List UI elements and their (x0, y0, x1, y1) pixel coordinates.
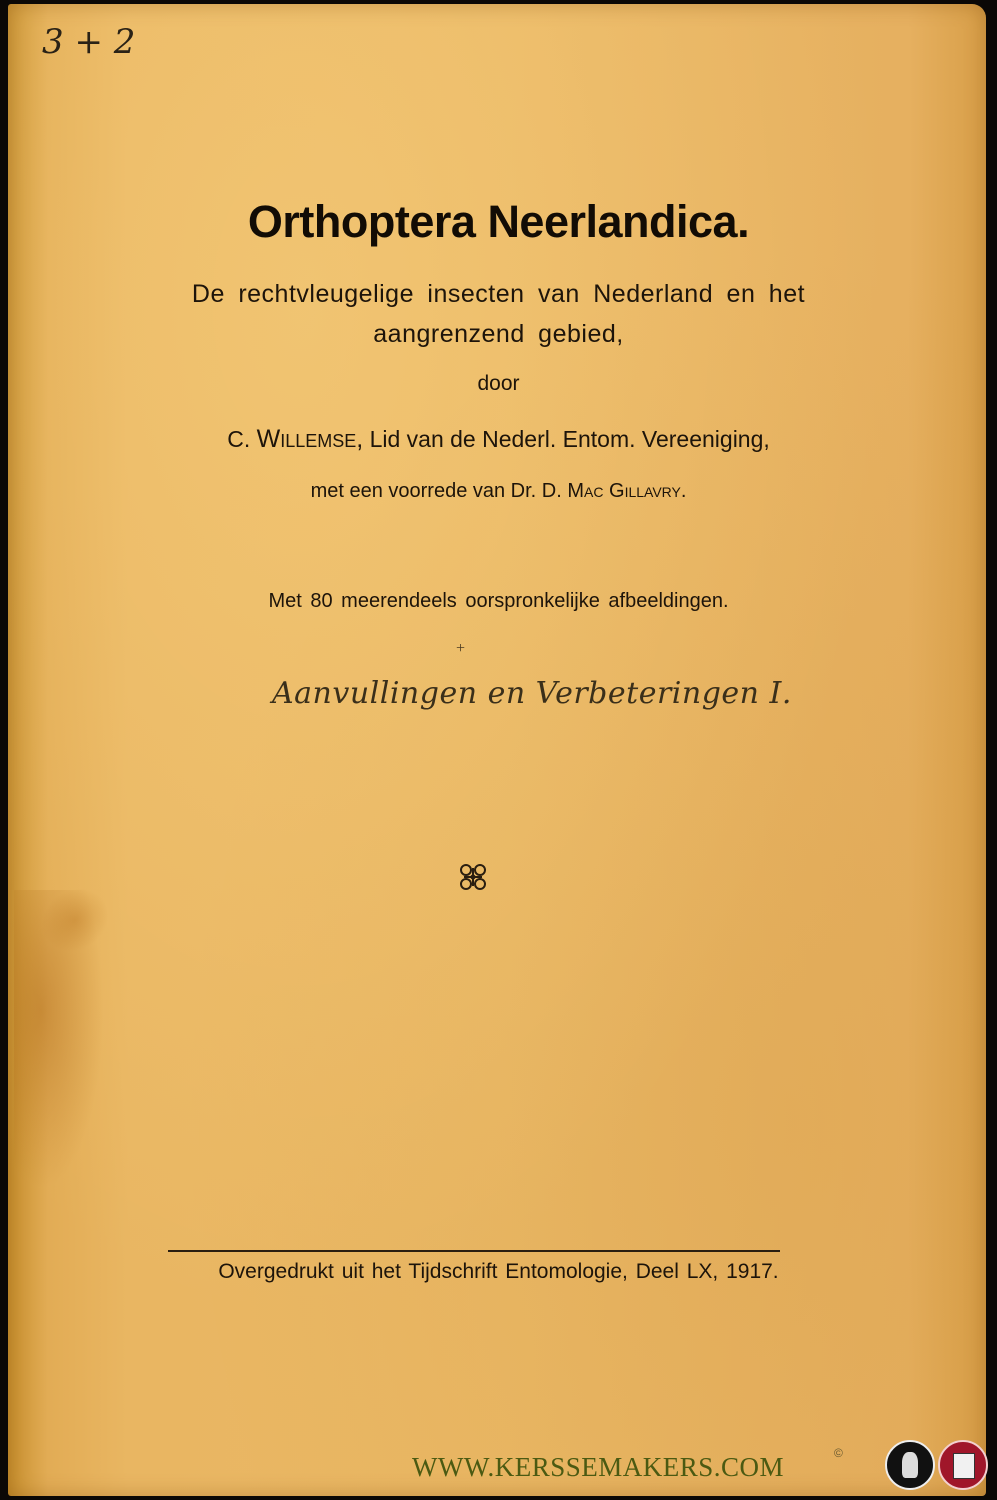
ilab-badge-icon (938, 1440, 988, 1490)
watermark-link[interactable]: WWW.KERSSEMAKERS.COM (412, 1452, 784, 1483)
handwritten-plus: + (456, 640, 465, 658)
author-initial: C. (227, 426, 250, 452)
preface-author: Mac Gillavry. (567, 480, 686, 502)
book-title: Orthoptera Neerlandica. (0, 196, 997, 248)
subtitle-line-2: aangrenzend gebied, (0, 314, 997, 354)
handwritten-top-note: 3 + 2 (42, 22, 135, 62)
figure-icon (902, 1452, 918, 1478)
floral-ornament-icon (458, 862, 488, 892)
handwritten-addition: Aanvullingen en Verbeteringen I. (272, 676, 792, 711)
author-affiliation: Lid van de Nederl. Entom. Vereeniging, (370, 426, 770, 452)
nva-badge-icon (885, 1440, 935, 1490)
book-subtitle: De rechtvleugelige insecten van Nederlan… (0, 274, 997, 354)
preface-line: met een voorrede van Dr. D. Mac Gillavry… (0, 480, 997, 503)
reprint-note: Overgedrukt uit het Tijdschrift Entomolo… (0, 1260, 997, 1284)
bookshelf-icon (953, 1453, 975, 1479)
preface-prefix: met een voorrede van Dr. D. (311, 480, 562, 502)
by-label: door (0, 372, 997, 396)
divider-rule (168, 1250, 780, 1252)
author-name: Willemse, (257, 425, 364, 453)
author-line: C. Willemse, Lid van de Nederl. Entom. V… (0, 425, 997, 454)
copyright-icon: © (834, 1446, 843, 1460)
subtitle-line-1: De rechtvleugelige insecten van Nederlan… (0, 274, 997, 314)
illustrations-note: Met 80 meerendeels oorspronkelijke afbee… (0, 590, 997, 613)
